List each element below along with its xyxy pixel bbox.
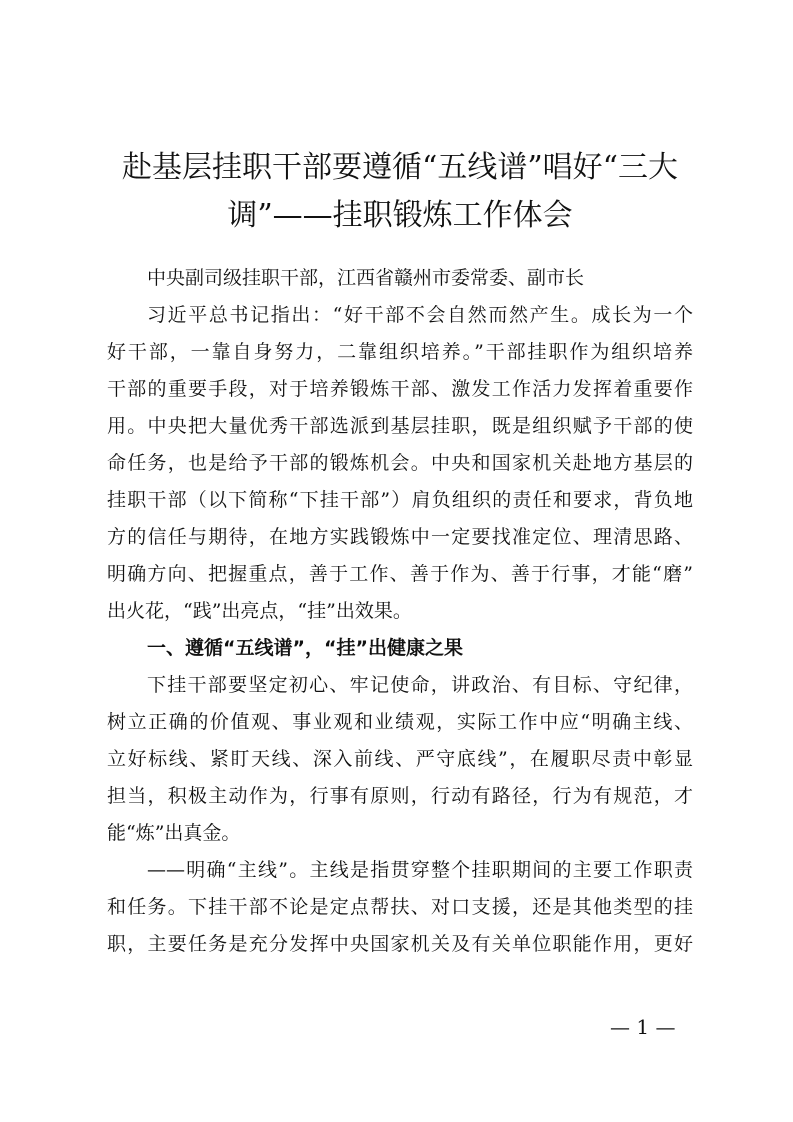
body-line: 明确方向、把握重点，善于工作、善于作为、善于行事，才能“磨”: [107, 556, 693, 593]
body-line: 习近平总书记指出：“好干部不会自然而然产生。成长为一个: [147, 297, 693, 334]
body-line: 方的信任与期待，在地方实践锻炼中一定要找准定位、理清思路、: [107, 519, 693, 556]
section-line: 职，主要任务是充分发挥中央国家机关及有关单位职能作用，更好: [107, 926, 693, 963]
body-line: 出火花，“践”出亮点，“挂”出效果。: [107, 593, 693, 630]
section-line: ——明确“主线”。主线是指贯穿整个挂职期间的主要工作职责: [147, 852, 693, 889]
body-line: 好干部，一靠自身努力，二靠组织培养。”干部挂职作为组织培养: [107, 334, 693, 371]
page-number: — 1 —: [610, 1012, 675, 1042]
section-line: 下挂干部要坚定初心、牢记使命，讲政治、有目标、守纪律，: [147, 667, 693, 704]
section-line: 树立正确的价值观、事业观和业绩观，实际工作中应“明确主线、: [107, 704, 693, 741]
section-line: 能“炼”出真金。: [107, 815, 693, 852]
document-title-line-1: 赴基层挂职干部要遵循“五线谱”唱好“三大: [100, 144, 700, 192]
body-line: 干部的重要手段，对于培养锻炼干部、激发工作活力发挥着重要作: [107, 371, 693, 408]
document-title-line-2: 调”——挂职锻炼工作体会: [100, 192, 700, 240]
body-line: 用。中央把大量优秀干部选派到基层挂职，既是组织赋予干部的使: [107, 408, 693, 445]
section-line: 和任务。下挂干部不论是定点帮扶、对口支援，还是其他类型的挂: [107, 889, 693, 926]
author-line: 中央副司级挂职干部，江西省赣州市委常委、副市长: [147, 260, 693, 297]
body-line: 命任务，也是给予干部的锻炼机会。中央和国家机关赴地方基层的: [107, 445, 693, 482]
section-line: 立好标线、紧盯天线、深入前线、严守底线”，在履职尽责中彰显: [107, 741, 693, 778]
body-line: 挂职干部（以下简称“下挂干部”）肩负组织的责任和要求，背负地: [107, 482, 693, 519]
section-line: 担当，积极主动作为，行事有原则，行动有路径，行为有规范，才: [107, 778, 693, 815]
section-heading: 一、遵循“五线谱”，“挂”出健康之果: [147, 630, 463, 667]
